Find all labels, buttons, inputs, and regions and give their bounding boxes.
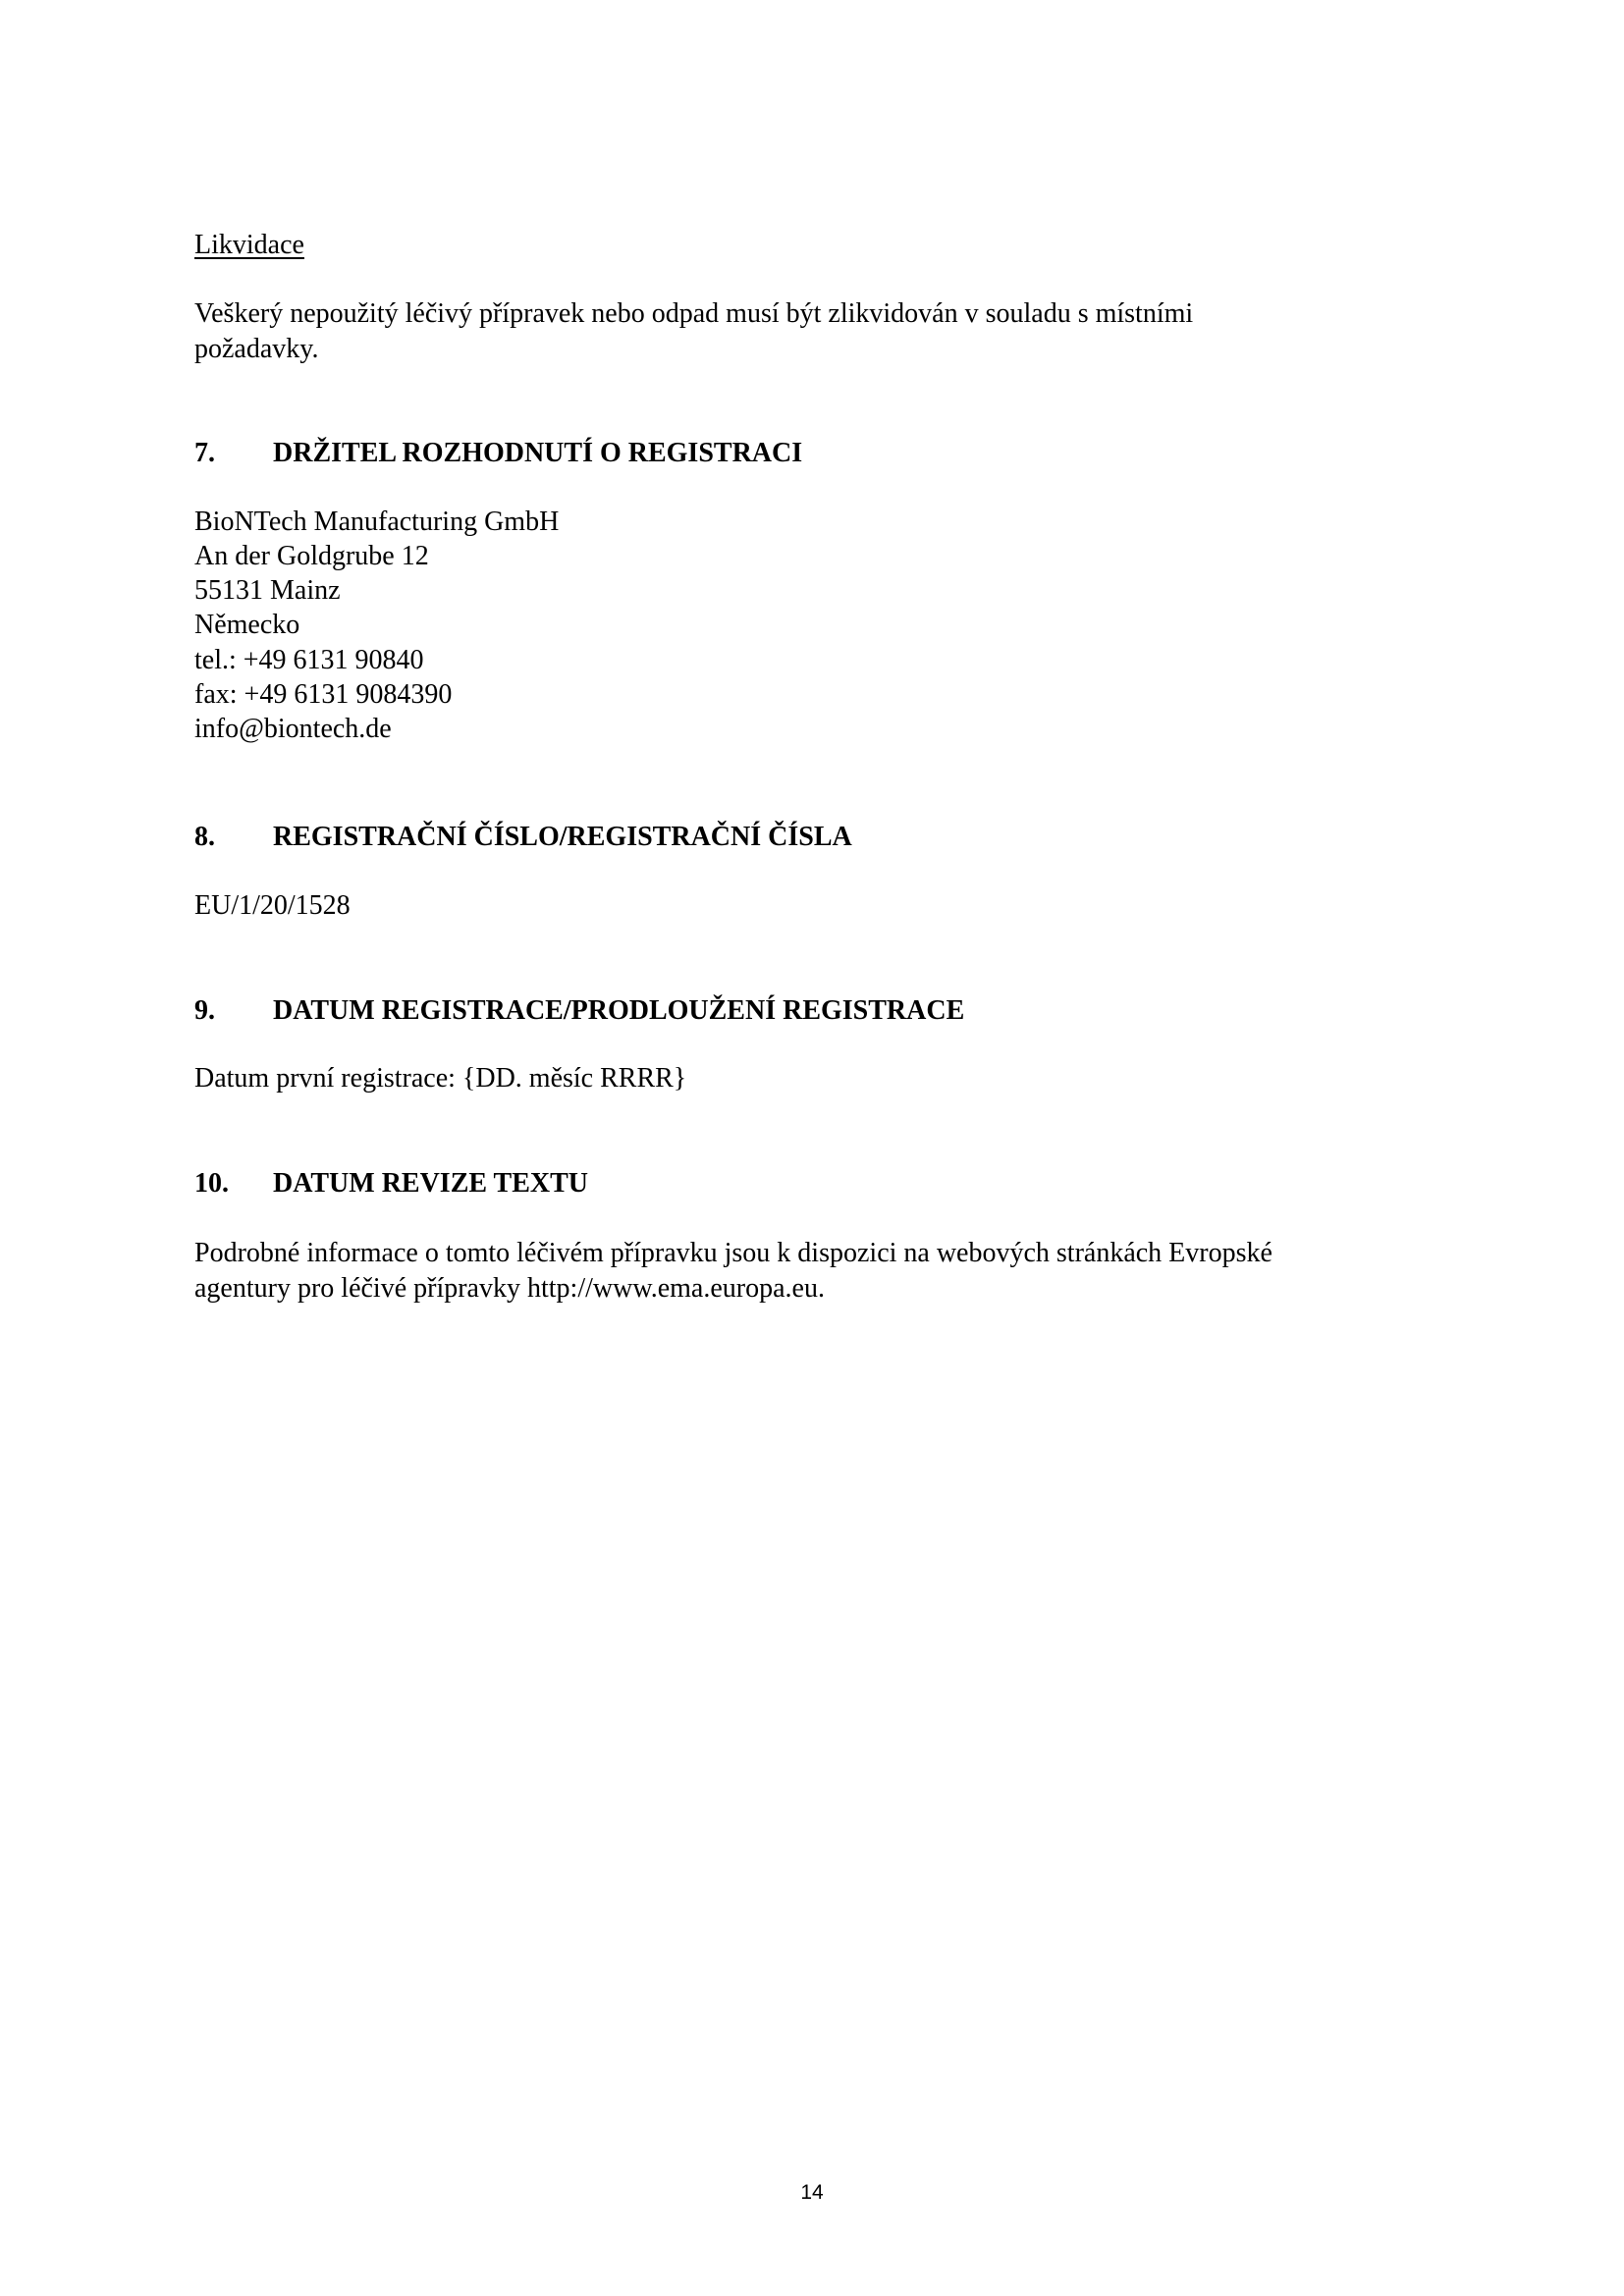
- section-title: REGISTRAČNÍ ČÍSLO/REGISTRAČNÍ ČÍSLA: [273, 822, 852, 852]
- first-authorisation-date: Datum první registrace: {DD. měsíc RRRR}: [194, 1061, 686, 1096]
- disposal-text-line: Veškerý nepoužitý léčivý přípravek nebo …: [194, 296, 1193, 332]
- mah-email: info@biontech.de: [194, 712, 392, 747]
- section-heading-9: 9.DATUM REGISTRACE/PRODLOUŽENÍ REGISTRAC…: [194, 993, 964, 1029]
- page-number: 14: [0, 2181, 1624, 2205]
- section-heading-7: 7.DRŽITEL ROZHODNUTÍ O REGISTRACI: [194, 436, 802, 471]
- mah-street: An der Goldgrube 12: [194, 539, 429, 574]
- section-number: 8.: [194, 820, 273, 855]
- disposal-text-line: požadavky.: [194, 332, 318, 367]
- mah-name: BioNTech Manufacturing GmbH: [194, 505, 559, 540]
- revision-text-line: agentury pro léčivé přípravky http://www…: [194, 1271, 825, 1307]
- mah-fax: fax: +49 6131 9084390: [194, 677, 452, 713]
- mah-phone: tel.: +49 6131 90840: [194, 643, 424, 678]
- section-title: DATUM REGISTRACE/PRODLOUŽENÍ REGISTRACE: [273, 995, 964, 1026]
- registration-number: EU/1/20/1528: [194, 888, 351, 924]
- disposal-subheading: Likvidace: [194, 228, 304, 263]
- section-number: 9.: [194, 993, 273, 1029]
- section-number: 10.: [194, 1166, 273, 1201]
- section-heading-8: 8.REGISTRAČNÍ ČÍSLO/REGISTRAČNÍ ČÍSLA: [194, 820, 852, 855]
- document-page: Likvidace Veškerý nepoužitý léčivý přípr…: [0, 0, 1624, 2296]
- section-title: DRŽITEL ROZHODNUTÍ O REGISTRACI: [273, 438, 802, 468]
- mah-city: 55131 Mainz: [194, 573, 341, 609]
- mah-country: Německo: [194, 608, 299, 643]
- section-heading-10: 10.DATUM REVIZE TEXTU: [194, 1166, 588, 1201]
- revision-text-line: Podrobné informace o tomto léčivém přípr…: [194, 1236, 1272, 1271]
- section-title: DATUM REVIZE TEXTU: [273, 1168, 588, 1199]
- section-number: 7.: [194, 436, 273, 471]
